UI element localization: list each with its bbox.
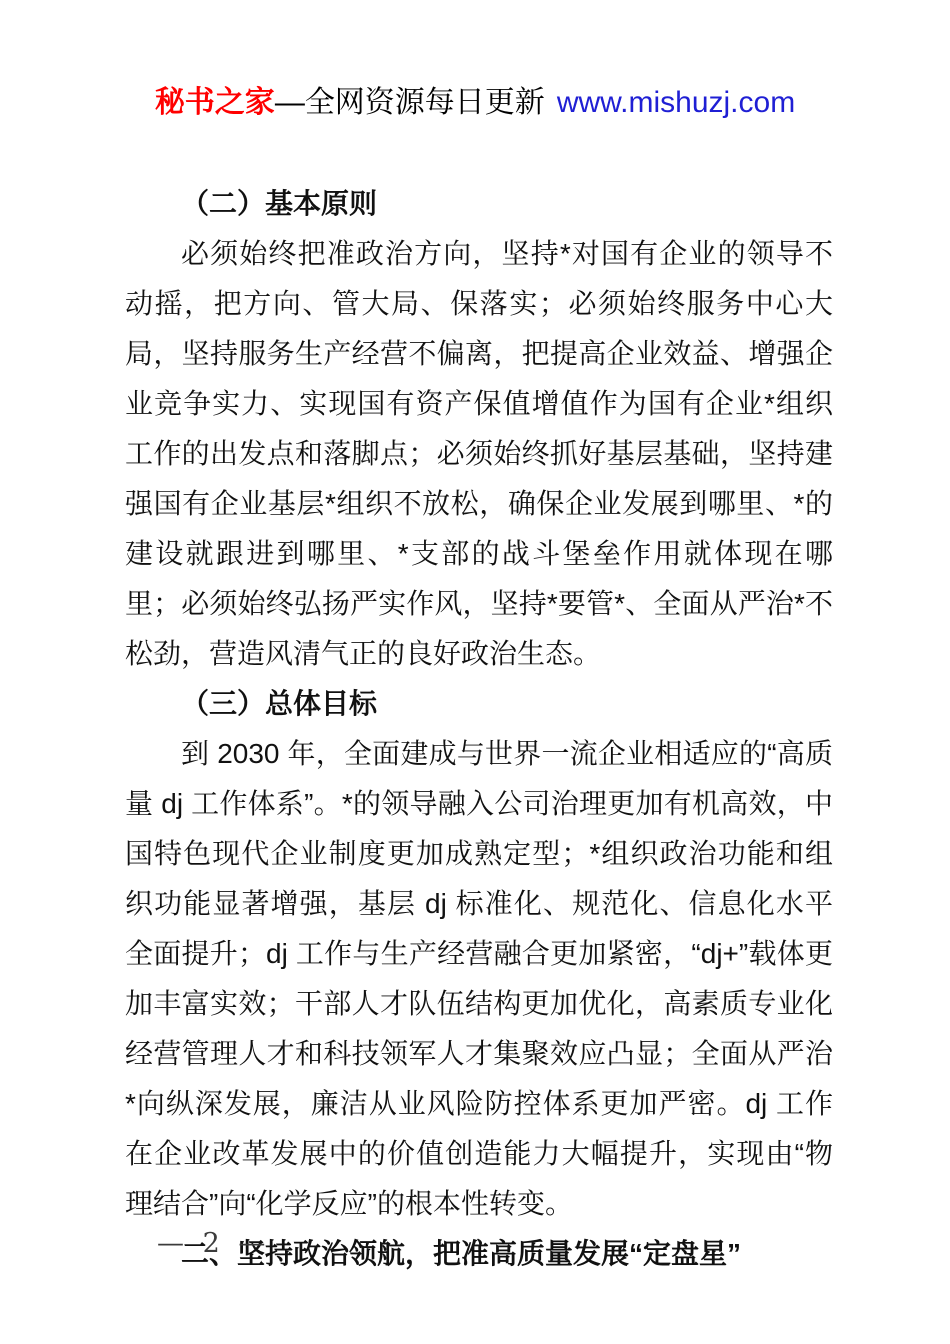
paragraph-overall-goals: 到 2030 年，全面建成与世界一流企业相适应的“高质量 dj 工作体系”。*的… (125, 729, 833, 1229)
document-body: （二）基本原则 必须始终把准政治方向，坚持*对国有企业的领导不动摇，把方向、管大… (125, 179, 833, 1279)
page-footer: — 2 — (157, 1228, 270, 1259)
section-heading-overall-goals: （三）总体目标 (125, 679, 833, 729)
site-url[interactable]: www.mishuzj.com (557, 86, 795, 119)
document-page: 秘书之家—全网资源每日更新www.mishuzj.com （二）基本原则 必须始… (0, 0, 950, 1344)
section-heading-basic-principles: （二）基本原则 (125, 179, 833, 229)
paragraph-basic-principles: 必须始终把准政治方向，坚持*对国有企业的领导不动摇，把方向、管大局、保落实；必须… (125, 229, 833, 679)
header-tagline: 全网资源每日更新 (305, 86, 545, 119)
header-separator: — (275, 86, 305, 119)
site-brand: 秘书之家 (155, 86, 275, 119)
page-header: 秘书之家—全网资源每日更新www.mishuzj.com (0, 82, 950, 124)
page-number: — 2 — (157, 1228, 270, 1259)
